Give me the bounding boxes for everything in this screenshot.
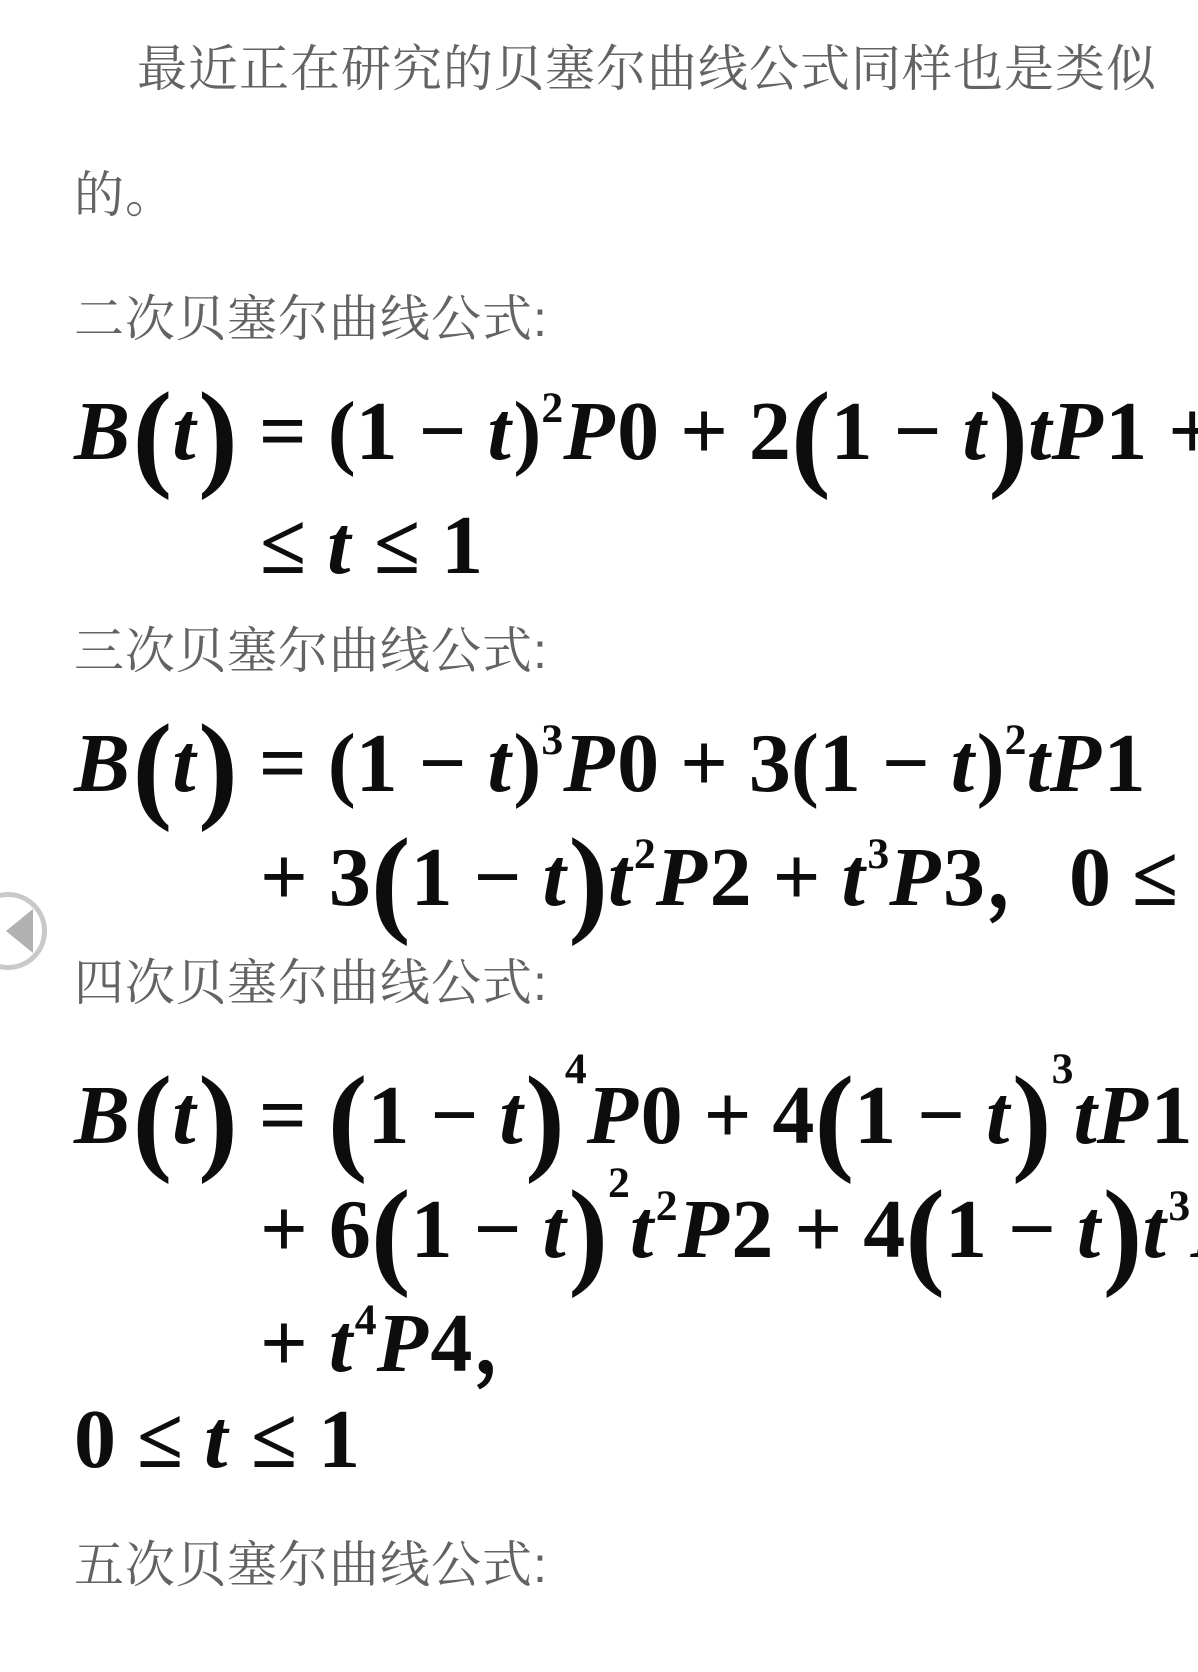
formula-token: ) [198, 1053, 238, 1185]
formula-exponent: 3 [867, 830, 889, 878]
formula-token: ) [568, 1167, 608, 1299]
intro-paragraph: 最近正在研究的贝塞尔曲线公式同样也是类似的。 [74, 6, 1158, 258]
article-page: 最近正在研究的贝塞尔曲线公式同样也是类似的。 二次贝塞尔曲线公式:B(t) = … [0, 0, 1198, 1672]
formula-token: 0 ≤ [74, 1393, 204, 1486]
formula-line: ≤ t ≤ 1 [260, 502, 1158, 590]
intro-line-1: 最近正在研究的贝塞尔曲线公式同样也是类似 [137, 41, 1157, 97]
formula-token: 1 + [1105, 385, 1198, 478]
formula-token: 1 − [411, 1183, 543, 1276]
formula-token: t [329, 1297, 355, 1390]
formula-token: t [608, 831, 634, 924]
formula-token: 4， [430, 1297, 556, 1390]
formula-token: = (1 − [238, 717, 488, 810]
formula-token: + [260, 1297, 329, 1390]
formula-token: t [1142, 1183, 1168, 1276]
section-heading: 五次贝塞尔曲线公式: [74, 1540, 1158, 1590]
formula-token: ( [371, 1167, 411, 1299]
formula-exponent: 2 [608, 1159, 630, 1207]
formula-token: ) [513, 717, 541, 810]
formula-token: t [327, 499, 353, 592]
formula-token: ) [988, 369, 1028, 501]
formula-token: ) [568, 815, 608, 947]
formula-token: 0 + 3(1 − [617, 717, 951, 810]
formula-line: + t4P4， [260, 1300, 1158, 1388]
formula-token: P [587, 1069, 641, 1162]
formula-token: t [172, 1069, 198, 1162]
formula-token: B [74, 385, 133, 478]
formula-token: 1 [1151, 1069, 1193, 1162]
formula-token: P [563, 385, 617, 478]
formula-token: ( [133, 701, 173, 833]
formula-token: ≤ 1 [230, 1393, 360, 1486]
formula-token: = [238, 1069, 328, 1162]
formula-token: t [542, 1183, 568, 1276]
formula-exponent: 2 [656, 1182, 678, 1230]
formula-token: 2 + [710, 831, 842, 924]
formula-token: 0 + 2 [617, 385, 791, 478]
formula-line: B(t) = (1 − t)3P0 + 3(1 − t)2tP1 [74, 720, 1158, 808]
formula-token: t [172, 717, 198, 810]
formula-token: P [678, 1183, 732, 1276]
formula-token: tP [1028, 385, 1105, 478]
formula-token: P [889, 831, 943, 924]
formula-token: 3，0 ≤ [943, 831, 1198, 924]
formula-token: t [630, 1183, 656, 1276]
formula-token: 1 [1104, 717, 1146, 810]
formula-exponent: 3 [1052, 1045, 1074, 1093]
formula-token: + 6 [260, 1183, 371, 1276]
triangle-left-icon [6, 909, 33, 953]
formula-token: t [499, 1069, 525, 1162]
formula-token: t [986, 1069, 1012, 1162]
formula-token: t [963, 385, 989, 478]
formula-token: 0 + 4 [641, 1069, 815, 1162]
formula-sections: 二次贝塞尔曲线公式:B(t) = (1 − t)2P0 + 2(1 − t)tP… [74, 294, 1158, 1590]
formula-token: ) [1103, 1167, 1143, 1299]
formula-exponent: 4 [565, 1045, 587, 1093]
formula-token: ) [1012, 1053, 1052, 1185]
formula-line: B(t) = (1 − t)4P0 + 4(1 − t)3tP1 [74, 1072, 1158, 1160]
formula-token: 2 + 4 [731, 1183, 905, 1276]
article-content: 最近正在研究的贝塞尔曲线公式同样也是类似的。 二次贝塞尔曲线公式:B(t) = … [0, 0, 1198, 1590]
formula-token: ( [133, 369, 173, 501]
formula-token: t [204, 1393, 230, 1486]
formula-token: t [172, 385, 198, 478]
section-heading: 四次贝塞尔曲线公式: [74, 958, 1158, 1008]
section-heading: 三次贝塞尔曲线公式: [74, 626, 1158, 676]
formula-token: 1 − [945, 1183, 1077, 1276]
formula-line: + 3(1 − t)t2P2 + t3P3，0 ≤ t ≤ 1 [260, 834, 1158, 922]
formula-token: ( [905, 1167, 945, 1299]
formula-token: = (1 − [238, 385, 488, 478]
formula-token: t [488, 717, 514, 810]
formula-token: 1 − [367, 1069, 499, 1162]
formula-token: t [542, 831, 568, 924]
formula-token: ) [198, 369, 238, 501]
formula-exponent: 2 [1005, 716, 1027, 764]
formula-token: ( [328, 1053, 368, 1185]
formula-token: ) [513, 385, 541, 478]
formula-token: ( [371, 815, 411, 947]
formula-exponent: 3 [1168, 1182, 1190, 1230]
formula-token: ) [977, 717, 1005, 810]
formula-token: P [563, 717, 617, 810]
section-heading: 二次贝塞尔曲线公式: [74, 294, 1158, 344]
formula-token: P [1190, 1183, 1198, 1276]
formula-token: t [951, 717, 977, 810]
formula-token: t [841, 831, 867, 924]
formula-token: 1 − [854, 1069, 986, 1162]
formula-token: P [656, 831, 710, 924]
formula-token: ( [791, 369, 831, 501]
formula-exponent: 2 [634, 830, 656, 878]
formula-token: ≤ 1 [353, 499, 483, 592]
formula-line: 0 ≤ t ≤ 1 [74, 1396, 1158, 1484]
formula-token: B [74, 1069, 133, 1162]
formula-token: ) [525, 1053, 565, 1185]
formula-token: t [488, 385, 514, 478]
formula-line: B(t) = (1 − t)2P0 + 2(1 − t)tP1 + t2P2，0 [74, 388, 1158, 476]
formula-token: ( [814, 1053, 854, 1185]
formula-line: + 6(1 − t)2t2P2 + 4(1 − t)t3P4 [260, 1186, 1158, 1274]
formula-token: + 3 [260, 831, 371, 924]
formula-token: 1 − [411, 831, 543, 924]
formula-exponent: 2 [541, 384, 563, 432]
formula-token: ) [198, 701, 238, 833]
formula-token: tP [1073, 1069, 1150, 1162]
formula-token: tP [1026, 717, 1103, 810]
formula-token: 1 − [831, 385, 963, 478]
formula-exponent: 4 [355, 1296, 377, 1344]
intro-line-2: 的。 [74, 167, 176, 223]
formula-exponent: 3 [541, 716, 563, 764]
formula-token: ≤ [260, 499, 327, 592]
formula-token: ( [133, 1053, 173, 1185]
formula-token: t [1077, 1183, 1103, 1276]
formula-token: B [74, 717, 133, 810]
formula-token: P [377, 1297, 431, 1390]
